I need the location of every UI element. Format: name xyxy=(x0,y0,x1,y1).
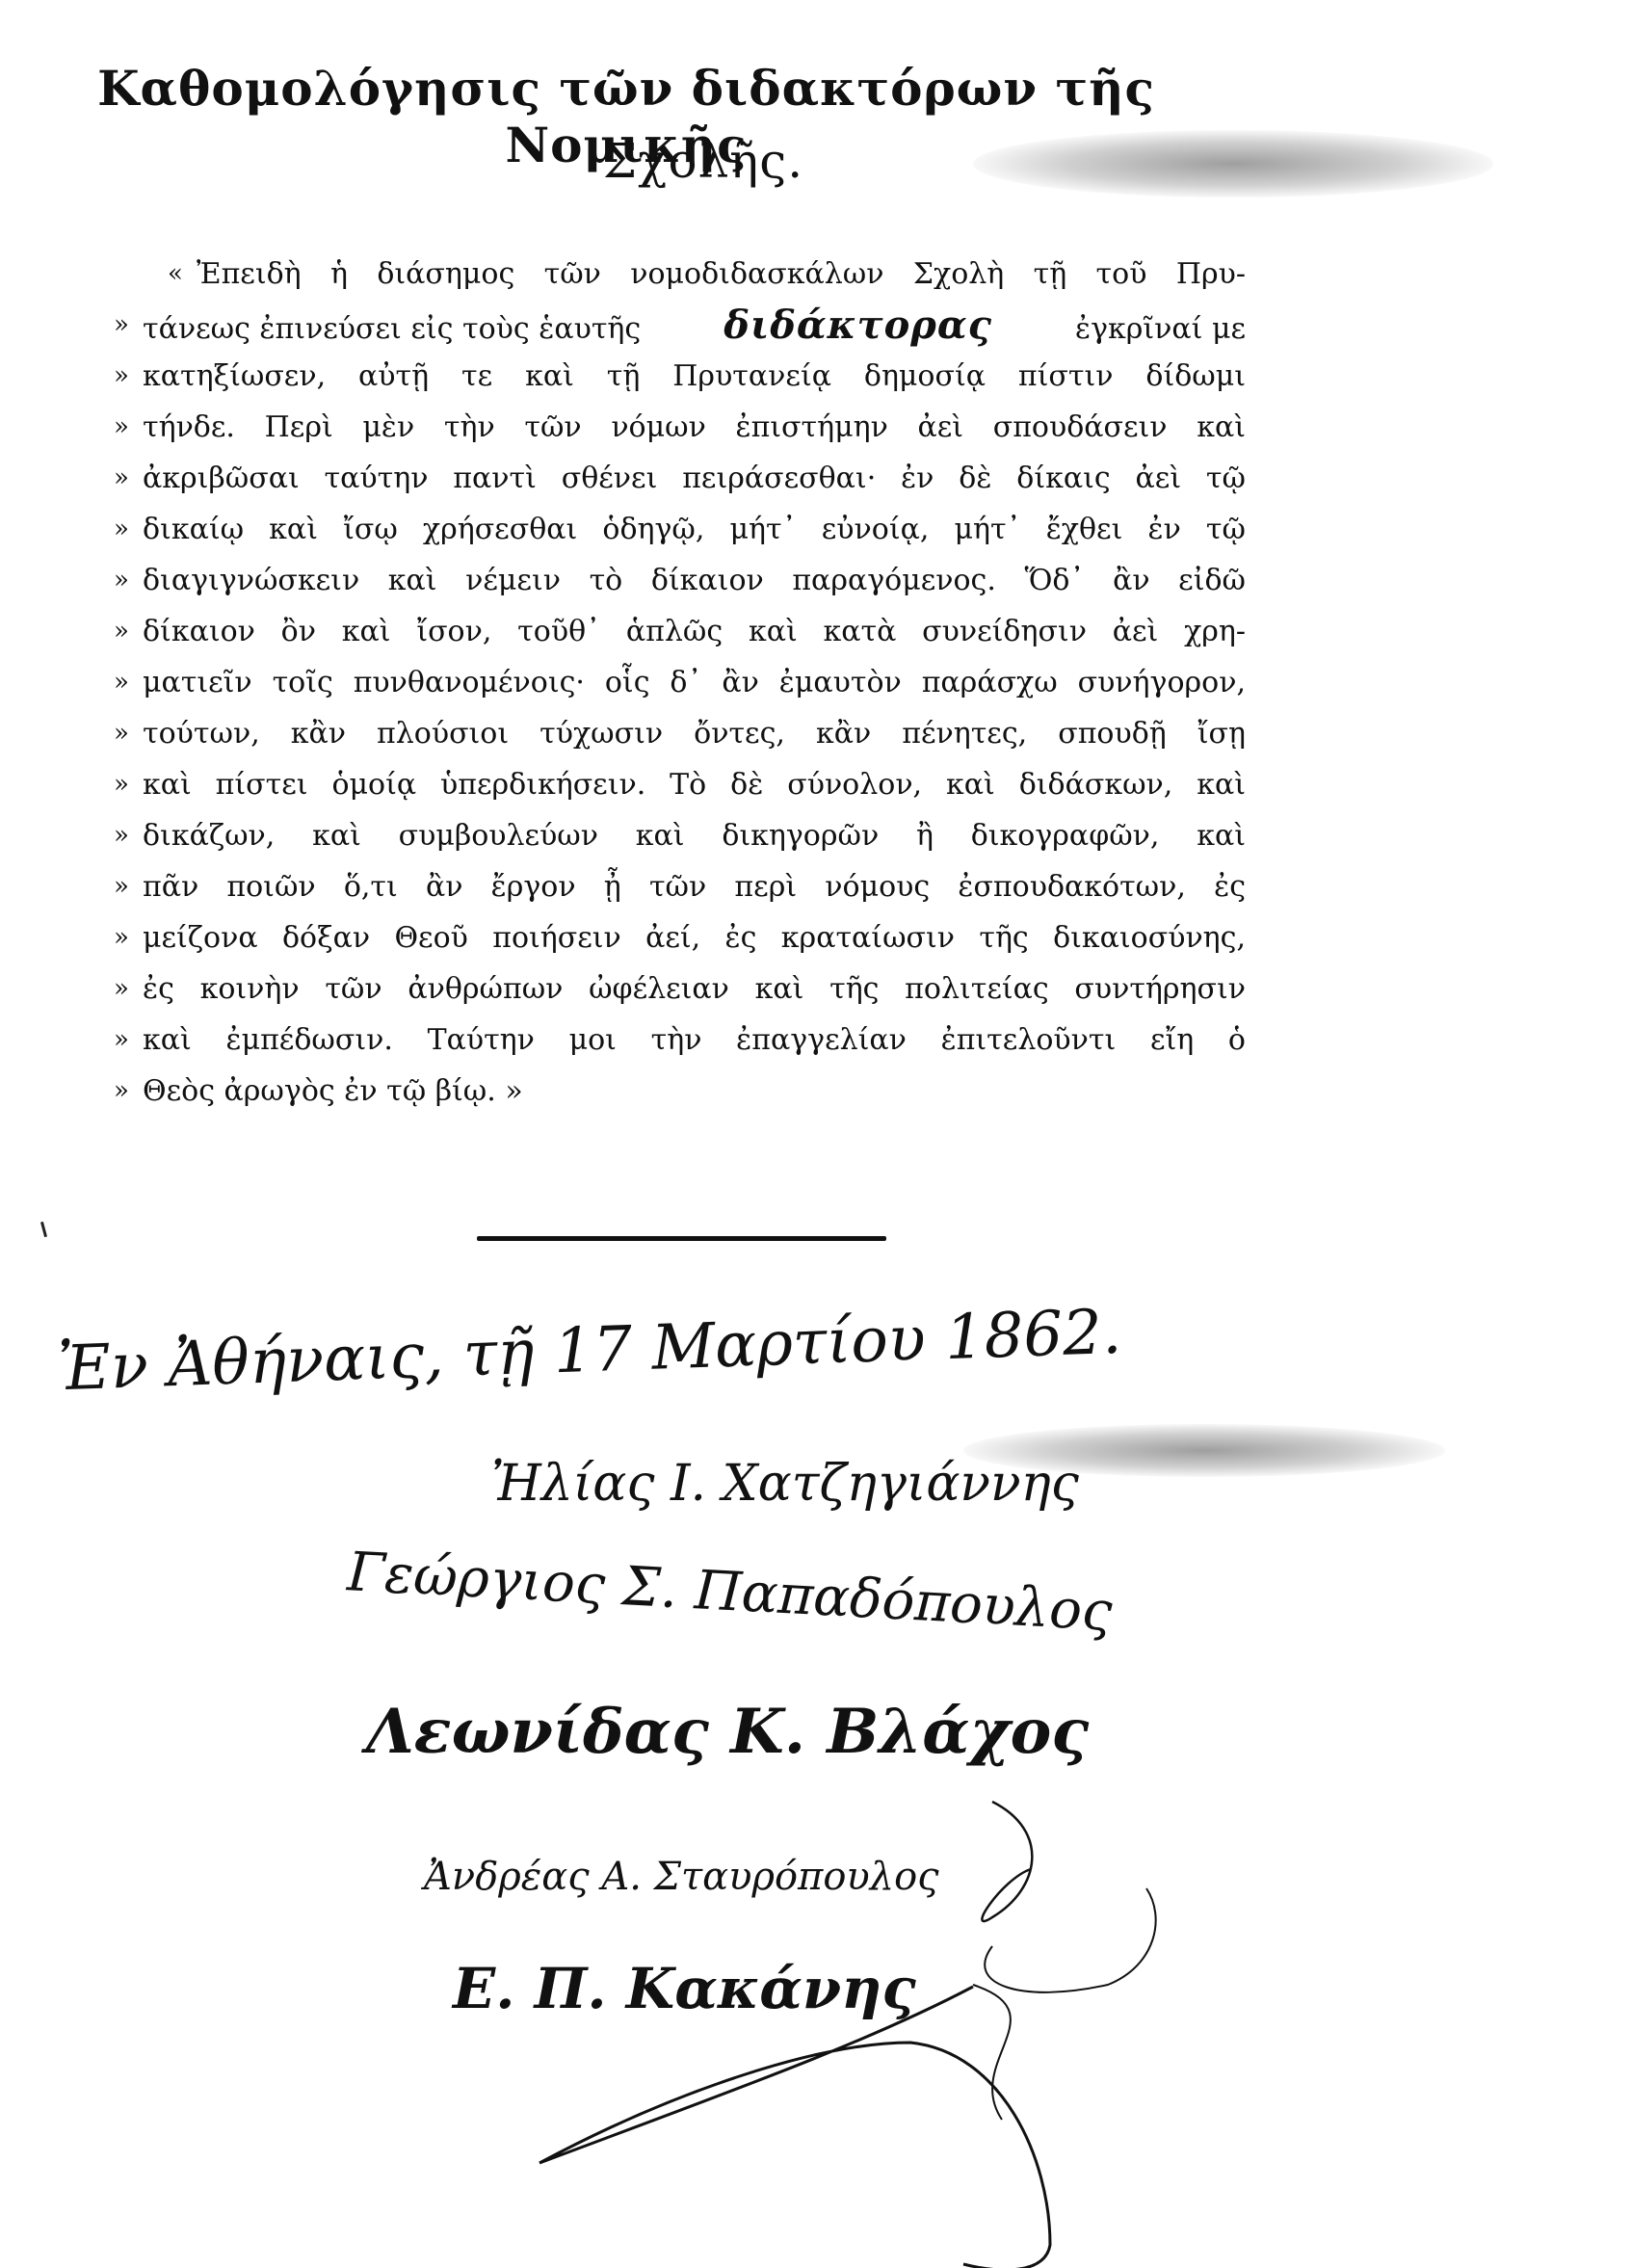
signature-flourish xyxy=(0,0,1631,2268)
